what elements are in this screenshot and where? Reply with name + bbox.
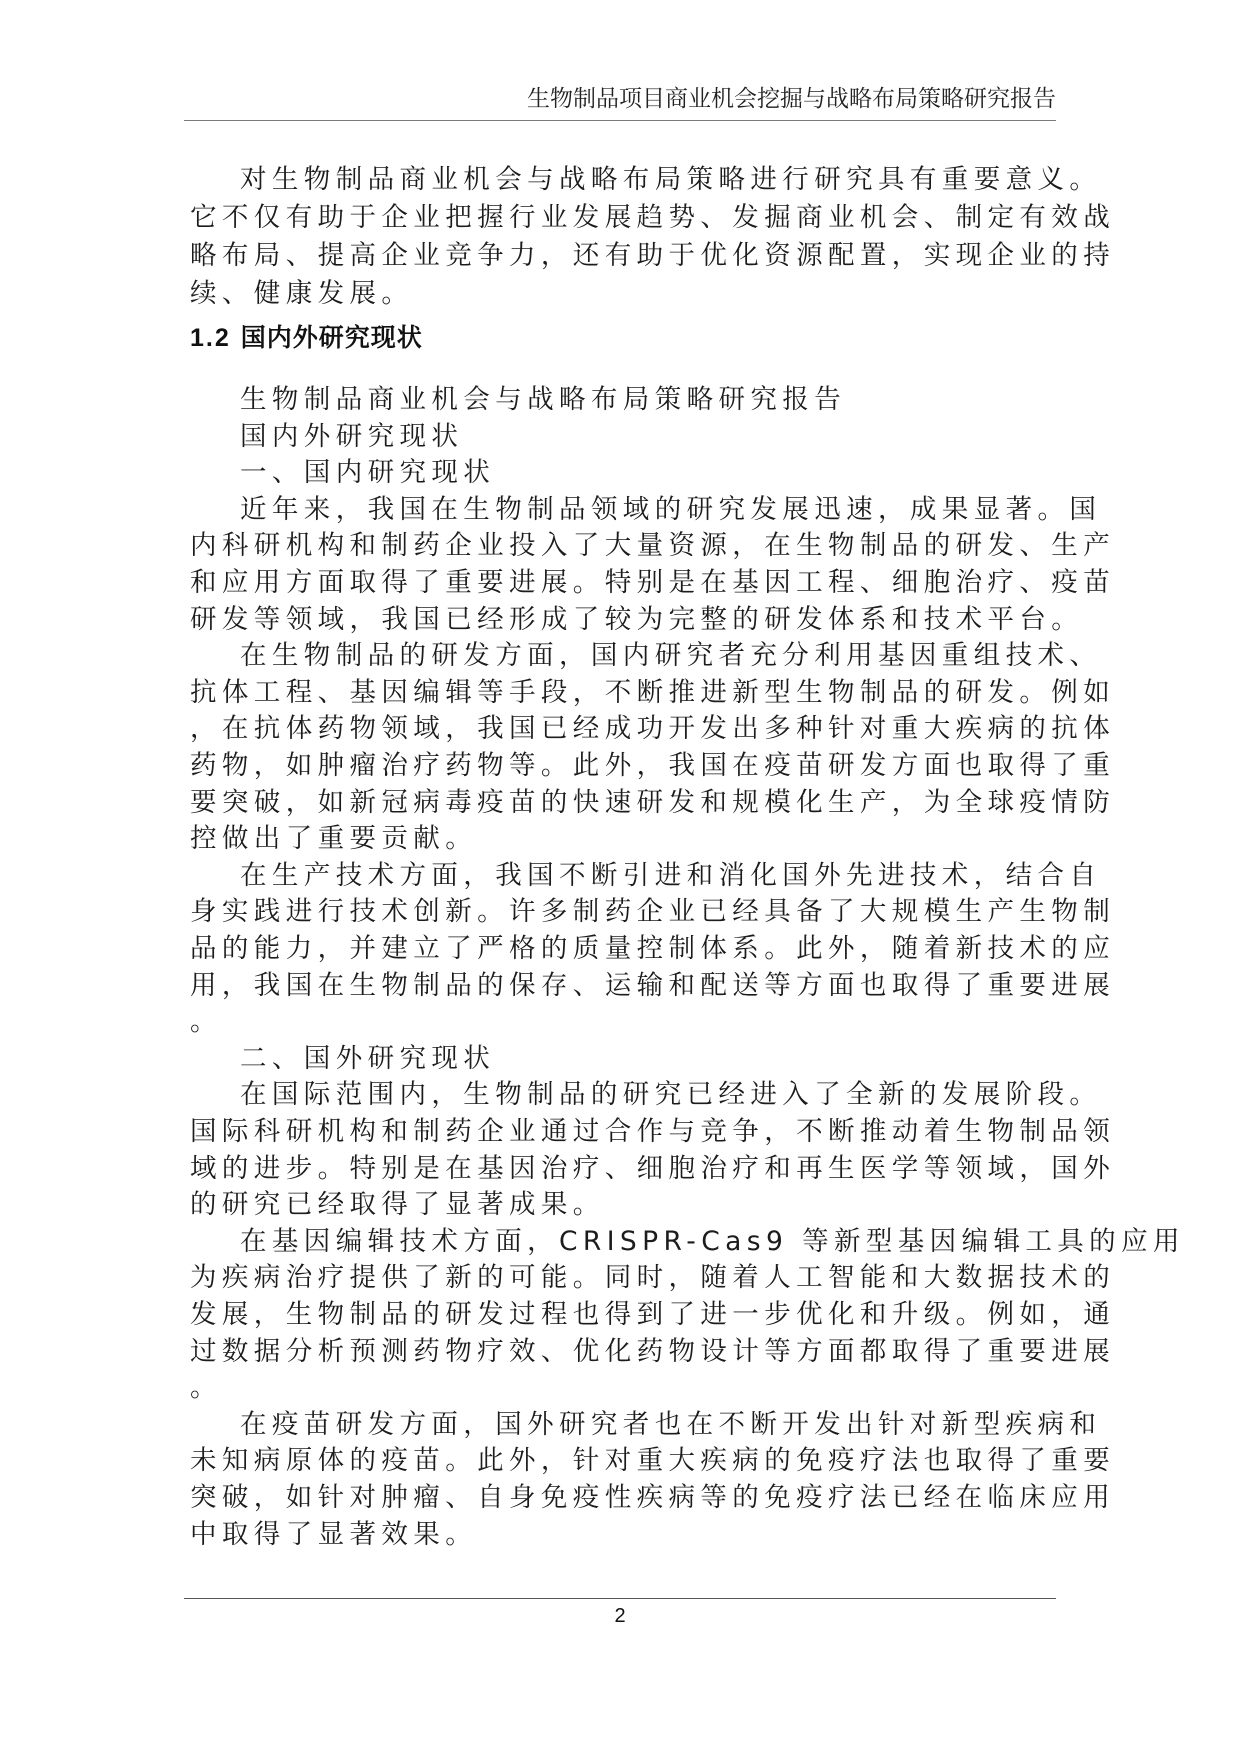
paragraph-line: 未知病原体的疫苗。此外，针对重大疾病的免疫疗法也取得了重要	[190, 1444, 1060, 1478]
document-page: 生物制品项目商业机会挖掘与战略布局策略研究报告 对生物制品商业机会与战略布局策略…	[0, 0, 1240, 1753]
paragraph-line: ，在抗体药物领域，我国已经成功开发出多种针对重大疾病的抗体	[190, 712, 1060, 746]
section-heading: 1.2国内外研究现状	[190, 322, 423, 354]
footer-divider	[184, 1598, 1056, 1599]
paragraph-line: 二、国外研究现状	[240, 1042, 1110, 1076]
paragraph-line: 对生物制品商业机会与战略布局策略进行研究具有重要意义。	[240, 163, 1110, 197]
paragraph-line: 为疾病治疗提供了新的可能。同时，随着人工智能和大数据技术的	[190, 1261, 1060, 1295]
paragraph-line: 突破，如针对肿瘤、自身免疫性疾病等的免疫疗法已经在临床应用	[190, 1481, 1060, 1515]
paragraph-line: 域的进步。特别是在基因治疗、细胞治疗和再生医学等领域，国外	[190, 1152, 1060, 1186]
paragraph-line: 药物，如肿瘤治疗药物等。此外，我国在疫苗研发方面也取得了重	[190, 749, 1060, 783]
paragraph-line: 过数据分析预测药物疗效、优化药物设计等方面都取得了重要进展	[190, 1335, 1060, 1369]
running-header: 生物制品项目商业机会挖掘与战略布局策略研究报告	[527, 84, 1056, 114]
paragraph-line: 续、健康发展。	[190, 277, 1060, 311]
paragraph-line: 和应用方面取得了重要进展。特别是在基因工程、细胞治疗、疫苗	[190, 566, 1060, 600]
paragraph-line: 品的能力，并建立了严格的质量控制体系。此外，随着新技术的应	[190, 932, 1060, 966]
paragraph-line: 国际科研机构和制药企业通过合作与竞争，不断推动着生物制品领	[190, 1115, 1060, 1149]
paragraph-line: 身实践进行技术创新。许多制药企业已经具备了大规模生产生物制	[190, 895, 1060, 929]
paragraph-line: 控做出了重要贡献。	[190, 822, 1060, 856]
paragraph-line: 。	[190, 1371, 1060, 1405]
paragraph-line: 。	[190, 1005, 1060, 1039]
paragraph-line: 抗体工程、基因编辑等手段，不断推进新型生物制品的研发。例如	[190, 676, 1060, 710]
paragraph-line: 内科研机构和制药企业投入了大量资源，在生物制品的研发、生产	[190, 529, 1060, 563]
paragraph-line: 生物制品商业机会与战略布局策略研究报告	[240, 383, 1110, 417]
header-divider	[184, 120, 1056, 121]
paragraph-line: 国内外研究现状	[240, 420, 1110, 454]
section-number: 1.2	[190, 324, 231, 352]
paragraph-line: 在国际范围内，生物制品的研究已经进入了全新的发展阶段。	[240, 1078, 1110, 1112]
paragraph-line: 略布局、提高企业竞争力，还有助于优化资源配置，实现企业的持	[190, 239, 1060, 273]
paragraph-line: 用，我国在生物制品的保存、运输和配送等方面也取得了重要进展	[190, 969, 1060, 1003]
paragraph-line: 在生产技术方面，我国不断引进和消化国外先进技术，结合自	[240, 859, 1110, 893]
paragraph-line: 在基因编辑技术方面，CRISPR-Cas9 等新型基因编辑工具的应用	[240, 1225, 1110, 1259]
page-number: 2	[0, 1603, 1240, 1629]
paragraph-line: 一、国内研究现状	[240, 456, 1110, 490]
paragraph-line: 在生物制品的研发方面，国内研究者充分利用基因重组技术、	[240, 639, 1110, 673]
paragraph-line: 中取得了显著效果。	[190, 1518, 1060, 1552]
paragraph-line: 的研究已经取得了显著成果。	[190, 1188, 1060, 1222]
paragraph-line: 它不仅有助于企业把握行业发展趋势、发掘商业机会、制定有效战	[190, 201, 1060, 235]
paragraph-line: 研发等领域，我国已经形成了较为完整的研发体系和技术平台。	[190, 603, 1060, 637]
section-title: 国内外研究现状	[241, 323, 423, 352]
paragraph-line: 近年来，我国在生物制品领域的研究发展迅速，成果显著。国	[240, 493, 1110, 527]
paragraph-line: 发展，生物制品的研发过程也得到了进一步优化和升级。例如，通	[190, 1298, 1060, 1332]
paragraph-line: 在疫苗研发方面，国外研究者也在不断开发出针对新型疾病和	[240, 1408, 1110, 1442]
paragraph-line: 要突破，如新冠病毒疫苗的快速研发和规模化生产，为全球疫情防	[190, 786, 1060, 820]
